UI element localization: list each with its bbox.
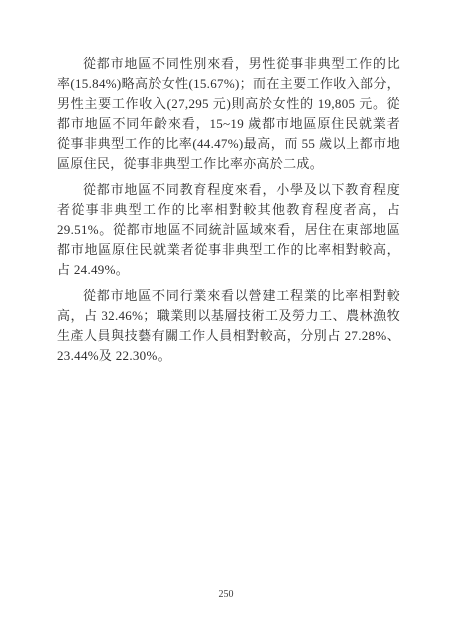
body-paragraph: 從都市地區不同教育程度來看，小學及以下教育程度者從事非典型工作的比率相對較其他教…: [57, 180, 400, 280]
body-text-block: 從都市地區不同性別來看，男性從事非典型工作的比率(15.84%)略高於女性(15…: [57, 54, 400, 372]
body-paragraph: 從都市地區不同行業來看以營建工程業的比率相對較高，占 32.46%；職業則以基層…: [57, 286, 400, 366]
page-number: 250: [219, 589, 234, 600]
document-page: 從都市地區不同性別來看，男性從事非典型工作的比率(15.84%)略高於女性(15…: [0, 0, 452, 640]
body-paragraph: 從都市地區不同性別來看，男性從事非典型工作的比率(15.84%)略高於女性(15…: [57, 54, 400, 174]
page-footer: 250: [0, 584, 452, 602]
